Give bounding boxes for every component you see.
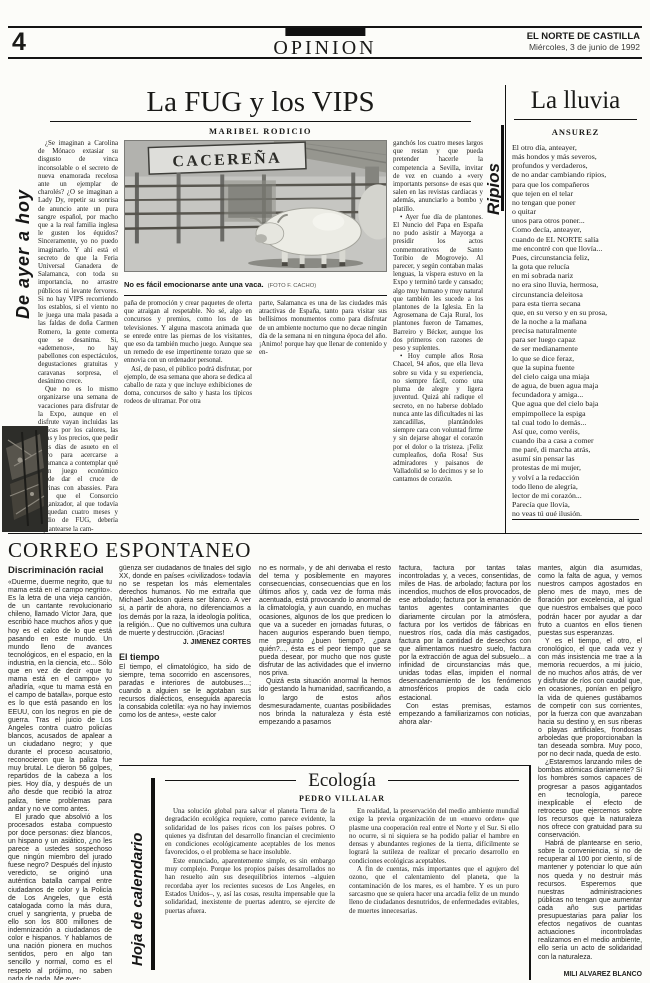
caption-credit: (FOTO F. CACHO) [268, 283, 317, 289]
article-title: La FUG y los VIPS [38, 86, 483, 118]
title-side-rule [165, 780, 296, 781]
masthead-name: EL NORTE DE CASTILLA [527, 31, 640, 42]
section-title: OPINION [273, 37, 376, 59]
vertical-label-de-ayer-a-hoy: De ayer a hoy [13, 89, 34, 319]
photo-caption: No es fácil emocionarse ante una vaca. (… [124, 272, 387, 296]
section-box-rule [285, 28, 365, 36]
letter-column: Discriminación racial «Duerme, duerme ne… [8, 565, 112, 980]
section-divider-rule [8, 533, 642, 534]
column-label-hoja: Hoja de calendario [119, 766, 155, 980]
lluvia-column: La lluvia ANSUREZ El otro día, anteayer,… [506, 85, 642, 533]
letter-signature: MILI ALVAREZ BLANCO [538, 970, 642, 980]
title-rule [50, 121, 471, 122]
ecologia-title: Ecología [296, 770, 388, 791]
lluvia-poem: El otro día, anteayer, más hondos y más … [512, 143, 639, 516]
letter-column-text: mantes, algún día asumidas, como la falt… [538, 565, 642, 970]
letter-signature: J. JIMENEZ CORTES [119, 638, 251, 648]
lluvia-bottom-rule [512, 519, 639, 520]
correo-espontaneo-section: CORREO ESPONTANEO Discriminación racial … [8, 538, 642, 981]
article-column: paña de promoción y crear paquetes de of… [124, 300, 252, 533]
paragraph: Quizá esta situación anormal la hemos id… [259, 678, 391, 727]
correo-row-bottom: Hoja de calendario Ecología PEDRO VILLAL… [119, 766, 531, 980]
paragraph: mantes, algún día asumidas, como la falt… [538, 565, 642, 638]
article-column: En realidad, la preservación del medio a… [349, 807, 519, 980]
page-number: 4 [12, 29, 26, 55]
ecologia-columns: Una solución global para salvar el plane… [165, 807, 519, 980]
article-column: parte, Salamanca es una de las ciudades … [259, 300, 387, 533]
paragraph: parte, Salamanca es una de las ciudades … [259, 300, 387, 357]
article-byline: MARIBEL RODICIO [38, 124, 483, 140]
paragraph: paña de promoción y crear paquetes de of… [124, 300, 252, 366]
paragraph: ¿Se imaginan a Carolina de Mónaco extasi… [38, 140, 118, 386]
lluvia-byline: ANSUREZ [512, 124, 639, 143]
paragraph: A fin de cuentas, más importantes que el… [349, 865, 519, 915]
paragraph: güenza ser ciudadanos de finales del sig… [119, 565, 251, 638]
section-header: OPINION [273, 28, 376, 59]
article-column: ¿Se imaginan a Carolina de Mónaco extasi… [38, 140, 118, 533]
vertical-label-hoja-de-calendario: Hoja de calendario [129, 776, 146, 966]
decorative-etching [2, 426, 48, 532]
caption-text: No es fácil emocionarse ante una vaca. [124, 280, 264, 289]
paragraph: Y es el tiempo, el otro, el cronológico,… [538, 638, 642, 759]
photo-sign: CACEREÑA [148, 142, 306, 174]
article-body: ¿Se imaginan a Carolina de Mónaco extasi… [38, 140, 483, 533]
article-column: ganchós los cuatro meses largos que rest… [393, 140, 483, 533]
letter-column: mantes, algún día asumidas, como la falt… [538, 565, 642, 980]
paragraph: El jurado que absolvió a los procesados … [8, 814, 112, 980]
paragraph: Que no es lo mismo organizarse una seman… [38, 386, 118, 533]
paragraph: ¿Estaremos lanzando miles de bombas atóm… [538, 759, 642, 840]
paragraph: Una solución global para salvar el plane… [165, 807, 335, 857]
letter-column: factura, factura por tantas talas incont… [399, 565, 531, 765]
page-header: 4 OPINION EL NORTE DE CASTILLA Miércoles… [8, 26, 642, 59]
paragraph: «Duerme, duerme negrito, que tu mama est… [8, 579, 112, 814]
top-section: De ayer a hoy La FUG y los VIPS MARIBEL … [8, 85, 642, 533]
article-mid-columns: paña de promoción y crear paquetes de of… [124, 300, 387, 533]
fug-article: La FUG y los VIPS MARIBEL RODICIO ¿Se im… [38, 85, 483, 533]
paragraph: • Ayer fue día de plantones. El Nuncio d… [393, 214, 483, 353]
masthead-block: EL NORTE DE CASTILLA Miércoles, 3 de jun… [527, 31, 640, 53]
ecologia-byline: PEDRO VILLALAR [165, 791, 519, 807]
article-column: Una solución global para salvar el plane… [165, 807, 335, 980]
correo-row-top: güenza ser ciudadanos de finales del sig… [119, 565, 531, 766]
paragraph: Con estas premisas, estamos empezando a … [399, 703, 531, 727]
cattle-photo: CACEREÑA [124, 140, 387, 272]
paragraph: • Hoy cumple años Rosa Chacel, 94 años, … [393, 353, 483, 484]
ecologia-article: Ecología PEDRO VILLALAR Una solución glo… [155, 766, 531, 980]
paragraph: ganchós los cuatro meses largos que rest… [393, 140, 483, 214]
letter-column: güenza ser ciudadanos de finales del sig… [119, 565, 251, 765]
correo-heading: CORREO ESPONTANEO [8, 538, 642, 565]
ecologia-title-row: Ecología [165, 770, 519, 791]
letter-heading: El tiempo [119, 651, 251, 663]
paragraph: no es normal», y de ahí derivaba el rest… [259, 565, 391, 678]
masthead-date: Miércoles, 3 de junio de 1992 [527, 42, 640, 53]
title-side-rule [388, 780, 519, 781]
paragraph: El tiempo, el climatológico, ha sido de … [119, 664, 251, 721]
ripios-rule-bar [501, 125, 504, 211]
hoja-rule-bar [151, 778, 155, 970]
letter-column: no es normal», y de ahí derivaba el rest… [259, 565, 391, 765]
letter-heading: Discriminación racial [8, 565, 112, 577]
article-middle: CACEREÑA [124, 140, 387, 533]
newspaper-page: 4 OPINION EL NORTE DE CASTILLA Miércoles… [0, 0, 650, 983]
lluvia-title: La lluvia [512, 87, 639, 115]
paragraph: Este enunciado, aparentemente simple, es… [165, 857, 335, 915]
correo-body: Discriminación racial «Duerme, duerme ne… [8, 565, 642, 980]
correo-middle: güenza ser ciudadanos de finales del sig… [119, 565, 531, 980]
paragraph: En realidad, la preservación del medio a… [349, 807, 519, 865]
column-label-ripios: Ripios [483, 85, 505, 533]
lluvia-title-rule [514, 119, 637, 120]
paragraph: Así, de paso, el público podrá disfrutar… [124, 366, 252, 407]
paragraph: factura, factura por tantas talas incont… [399, 565, 531, 703]
paragraph: Habrá de plantearse en serio, sobre la c… [538, 840, 642, 961]
